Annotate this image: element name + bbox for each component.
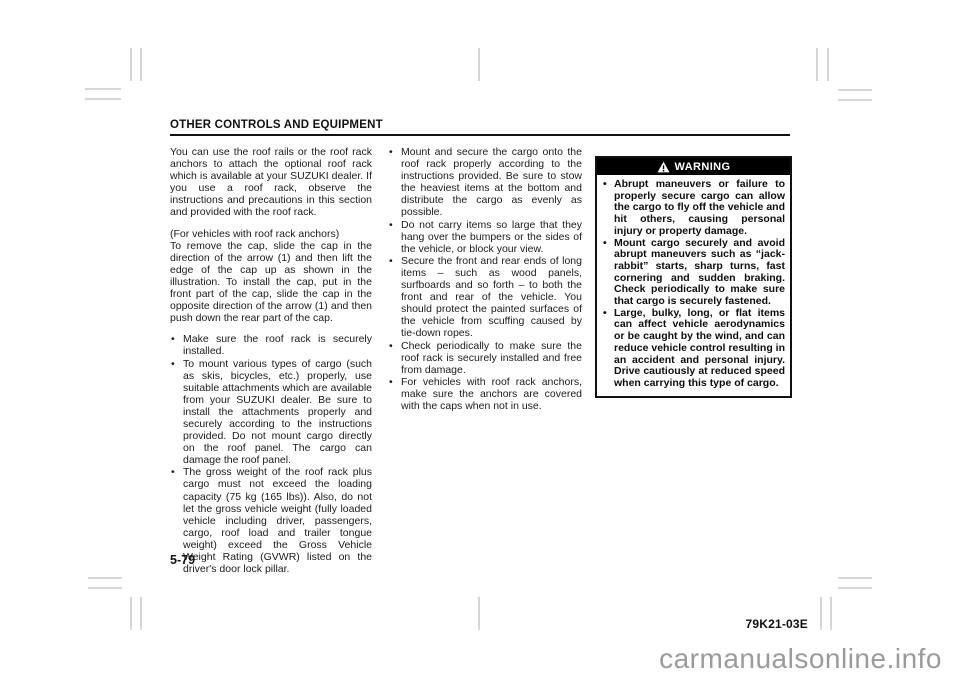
crop-mark-top-right-v2 <box>827 48 829 81</box>
warning-bullet: Mount cargo securely and avoid abrupt ma… <box>602 238 785 308</box>
crop-mark-top-right-h2 <box>838 99 872 101</box>
warning-body: Abrupt maneuvers or failure to properly … <box>597 175 790 396</box>
crop-mark-bottom-left-h2 <box>88 587 122 589</box>
crop-mark-top-left-h1 <box>85 88 121 90</box>
watermark: carmanualsonline.info <box>659 643 942 675</box>
crop-mark-top-left-v2 <box>140 48 142 81</box>
manual-page: OTHER CONTROLS AND EQUIPMENT You can use… <box>0 0 960 678</box>
page-number: 5-79 <box>170 553 195 567</box>
crop-mark-bottom-left-v2 <box>140 597 142 630</box>
crop-mark-bottom-left-h1 <box>88 577 122 579</box>
crop-mark-bottom-right-v2 <box>830 597 832 630</box>
crop-mark-bottom-left-v1 <box>130 597 132 630</box>
warning-box: WARNING Abrupt maneuvers or failure to p… <box>595 156 792 398</box>
section-title-rule <box>170 134 790 136</box>
crop-mark-top-right-v1 <box>816 48 818 81</box>
crop-mark-bottom-center <box>478 597 480 630</box>
crop-mark-bottom-right-h2 <box>838 587 872 589</box>
paragraph-cap-removal-body: To remove the cap, slide the cap in the … <box>170 240 372 325</box>
bullet-item: Secure the front and rear ends of long i… <box>388 255 582 340</box>
crop-mark-bottom-right-v1 <box>820 597 822 630</box>
warning-bullet: Abrupt maneuvers or failure to properly … <box>602 179 785 238</box>
section-title: OTHER CONTROLS AND EQUIPMENT <box>170 119 383 131</box>
crop-mark-top-center <box>478 48 480 81</box>
warning-header: WARNING <box>597 158 790 175</box>
crop-mark-top-left-h2 <box>85 98 121 100</box>
warning-triangle-icon <box>657 161 670 173</box>
crop-mark-bottom-right-h1 <box>838 577 872 579</box>
body-column-2: Mount and secure the cargo onto the roof… <box>388 146 582 412</box>
crop-mark-top-right-h1 <box>838 89 872 91</box>
bullet-item: Do not carry items so large that they ha… <box>388 219 582 255</box>
crop-mark-top-left-v1 <box>130 48 132 81</box>
paragraph-roof-rack-intro: You can use the roof rails or the roof r… <box>170 146 372 219</box>
paragraph-cap-removal: (For vehicles with roof rack anchors) To… <box>170 228 372 325</box>
body-column-1: You can use the roof rails or the roof r… <box>170 146 372 575</box>
document-code: 79K21-03E <box>655 617 808 631</box>
bullet-item: Check periodically to make sure the roof… <box>388 340 582 376</box>
bullet-item: Mount and secure the cargo onto the roof… <box>388 146 582 219</box>
warning-title: WARNING <box>675 161 731 173</box>
warning-bullet: Large, bulky, long, or flat items can af… <box>602 308 785 390</box>
bullet-item: The gross weight of the roof rack plus c… <box>170 466 372 575</box>
bullet-item: To mount various types of cargo (such as… <box>170 358 372 467</box>
bullet-item: For vehicles with roof rack anchors, mak… <box>388 376 582 412</box>
paragraph-cap-removal-intro: (For vehicles with roof rack anchors) <box>170 228 372 240</box>
bullet-item: Make sure the roof rack is securely inst… <box>170 333 372 357</box>
